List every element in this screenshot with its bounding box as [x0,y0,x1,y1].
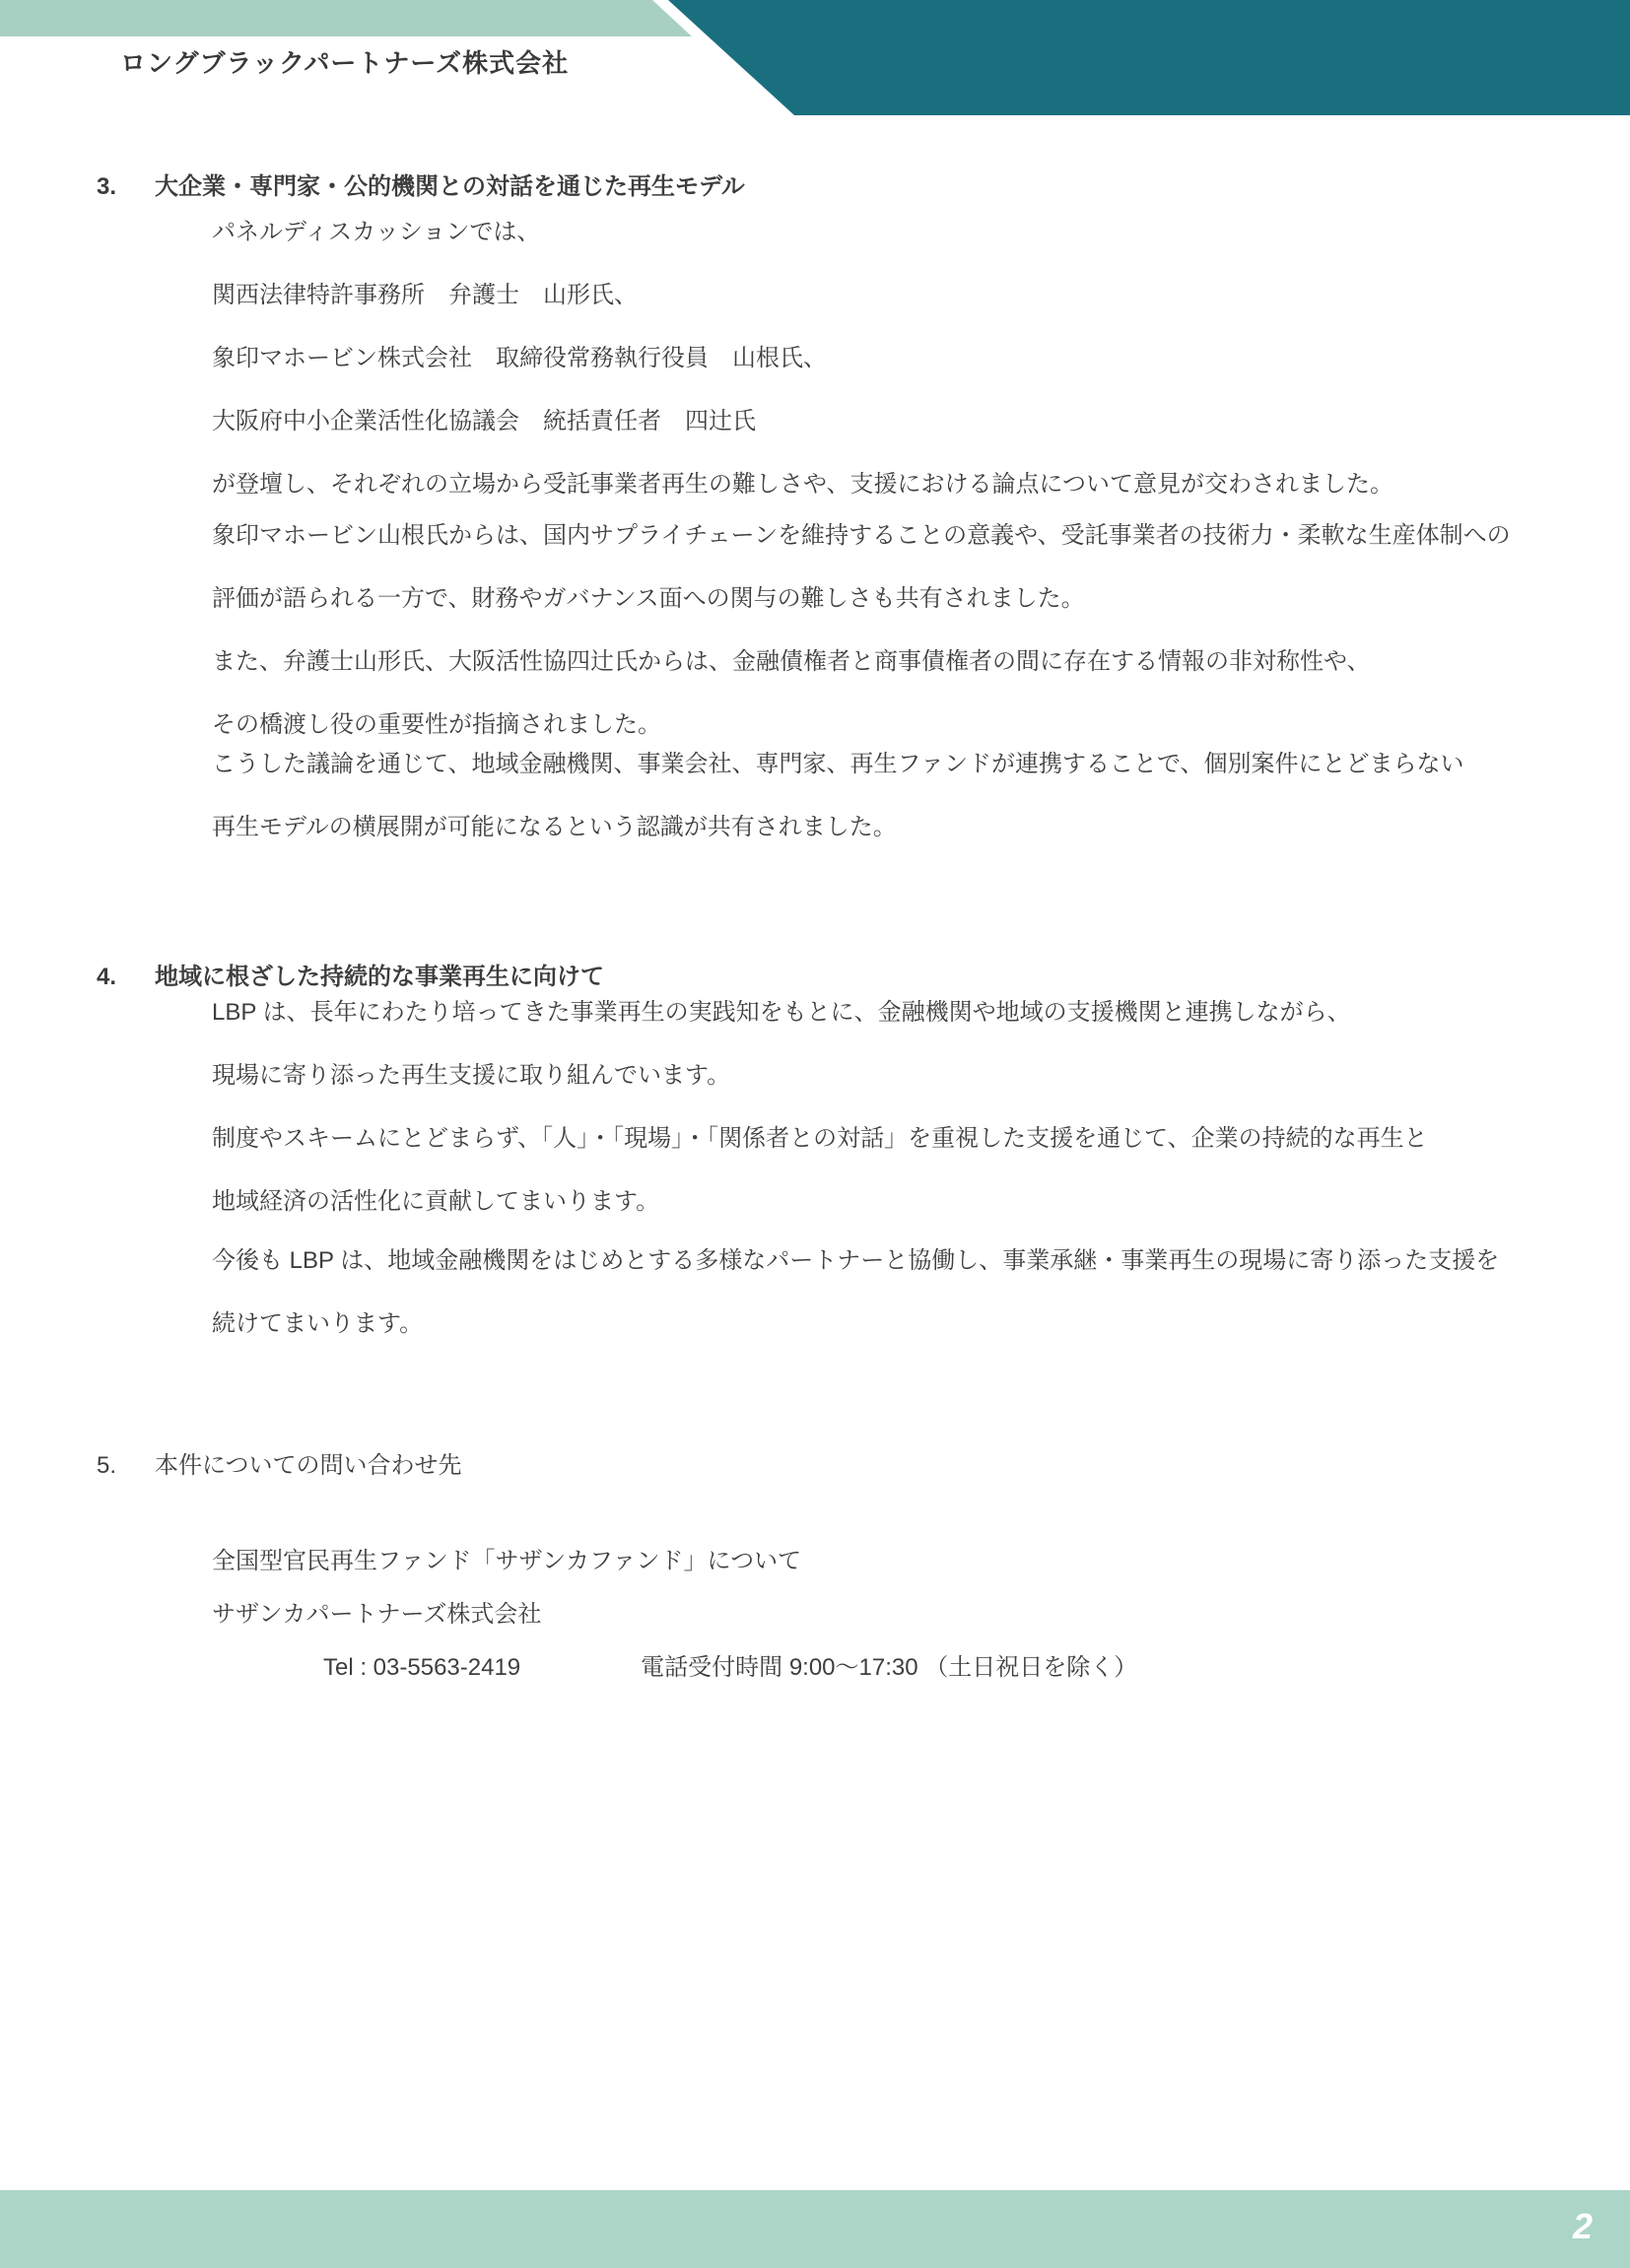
footer-bar: 2 [0,2190,1630,2268]
company-logo-text: ロングブラックパートナーズ株式会社 [120,43,569,80]
section-3-paragraph-3: こうした議論を通じて、地域金融機関、事業会社、専門家、再生ファンドが連携すること… [212,733,1464,859]
contact-fund-line: 全国型官民再生ファンド「サザンカファンド」について [212,1535,1137,1588]
section-5-title: 本件についての問い合わせ先 [155,1446,462,1486]
contact-tel-line: Tel : 03-5563-2419電話受付時間 9:00～17:30 （土日祝… [323,1641,1137,1695]
header-sage-strip [0,0,692,36]
body-line: 続けてまいります。 [212,1293,1499,1356]
body-line: また、弁護士山形氏、大阪活性協四辻氏からは、金融債権者と商事債権者の間に存在する… [212,631,1511,694]
body-line: 制度やスキームにとどまらず、「人」・「現場」・「関係者との対話」を重視した支援を… [212,1107,1428,1170]
section-4-number: 4. [97,958,155,997]
body-line: こうした議論を通じて、地域金融機関、事業会社、専門家、再生ファンドが連携すること… [212,733,1464,796]
body-line: 大阪府中小企業活性化協議会 統括責任者 四辻氏 [212,390,1393,453]
contact-hours: 電話受付時間 9:00～17:30 （土日祝日を除く） [641,1654,1137,1681]
body-line: 関西法律特許事務所 弁護士 山形氏、 [212,264,1393,327]
document-page: ロングブラックパートナーズ株式会社 3. 大企業・専門家・公的機関との対話を通じ… [0,0,1630,2268]
contact-block: 全国型官民再生ファンド「サザンカファンド」について サザンカパートナーズ株式会社… [212,1535,1137,1695]
body-line: パネルディスカッションでは、 [212,201,1393,264]
section-5-number: 5. [97,1446,155,1486]
body-line: 再生モデルの横展開が可能になるという認識が共有されました。 [212,796,1464,859]
contact-tel: Tel : 03-5563-2419 [323,1654,520,1681]
body-line: 今後も LBP は、地域金融機関をはじめとする多様なパートナーと協働し、事業承継… [212,1230,1499,1293]
body-line: 評価が語られる一方で、財務やガバナンス面への関与の難しさも共有されました。 [212,567,1511,631]
section-3-paragraph-2: 象印マホービン山根氏からは、国内サプライチェーンを維持することの意義や、受託事業… [212,504,1511,757]
section-3-number: 3. [97,167,155,207]
body-line: 現場に寄り添った再生支援に取り組んでいます。 [212,1044,1428,1107]
section-4-paragraph-2: 今後も LBP は、地域金融機関をはじめとする多様なパートナーと協働し、事業承継… [212,1230,1499,1356]
body-line: LBP は、長年にわたり培ってきた事業再生の実践知をもとに、金融機関や地域の支援… [212,981,1428,1044]
body-line: 象印マホービン株式会社 取締役常務執行役員 山根氏、 [212,327,1393,390]
page-number: 2 [1573,2190,1593,2263]
body-line: 地域経済の活性化に貢献してまいります。 [212,1170,1428,1234]
section-5-heading: 5. 本件についての問い合わせ先 [97,1446,462,1486]
body-line: 象印マホービン山根氏からは、国内サプライチェーンを維持することの意義や、受託事業… [212,504,1511,567]
section-4-paragraph-1: LBP は、長年にわたり培ってきた事業再生の実践知をもとに、金融機関や地域の支援… [212,981,1428,1234]
contact-company-line: サザンカパートナーズ株式会社 [212,1588,1137,1641]
section-3-paragraph-1: パネルディスカッションでは、 関西法律特許事務所 弁護士 山形氏、 象印マホービ… [212,201,1393,516]
